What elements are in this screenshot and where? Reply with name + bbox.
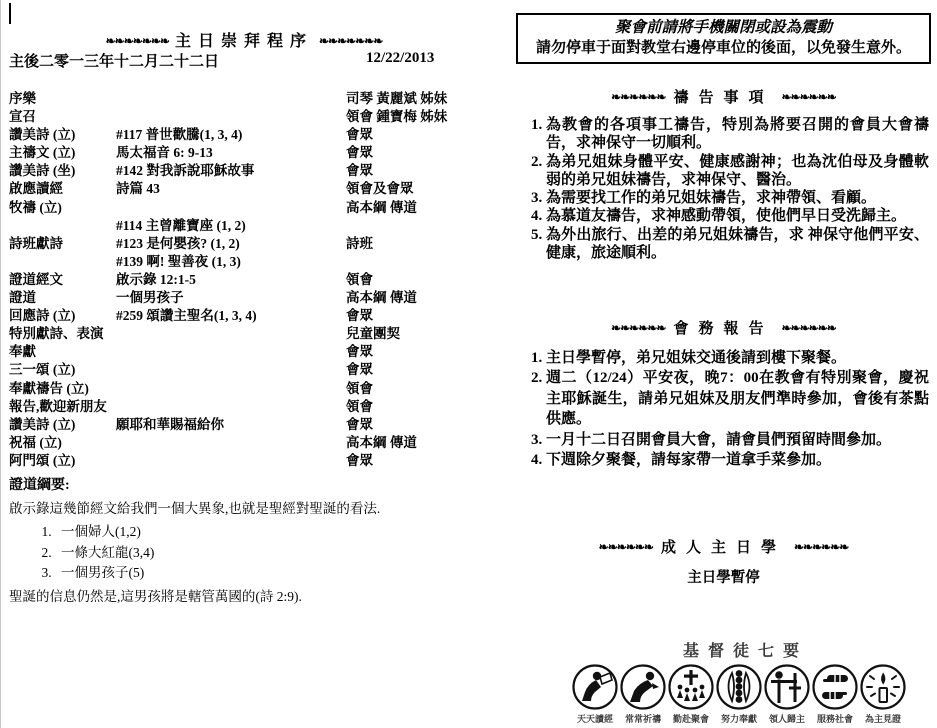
seven-essentials-icons: 天天讀經 常常祈禱 — [571, 663, 911, 725]
program-item: 回應詩 (立) — [9, 307, 116, 325]
program-who: 領會 — [346, 271, 506, 289]
flourish-ornament-right: ❧❧❧❧❧❧❧ — [319, 34, 382, 48]
program-item: 阿門頌 (立) — [9, 452, 116, 470]
program-item: 奉獻 — [9, 343, 116, 361]
program-item: 啟應讀經 — [9, 180, 116, 198]
program-who: 會眾 — [346, 126, 506, 144]
program-item: 宣召 — [9, 108, 116, 126]
program-item: 特別獻詩、表演 — [9, 325, 116, 343]
prayer-heading: 禱告事項 — [673, 90, 773, 106]
program-item: 序樂 — [9, 90, 116, 108]
program-item: 報告,歡迎新朋友 — [9, 398, 116, 416]
program-who: 會眾 — [346, 144, 506, 162]
report-section-header: ❧❧❧❧❧❧會務報告❧❧❧❧❧❧ — [516, 317, 931, 338]
prayer-item: 為教會的各項事工禱告，特別為將要召開的會員大會禱告，求神保守一切順利。 — [546, 116, 929, 153]
page-title: 主日崇拜程序 — [175, 33, 313, 50]
report-item: 一月十二日召開會員大會，請會員們預留時間參加。 — [546, 430, 929, 450]
adult-ss-note: 主日學暫停 — [516, 566, 931, 587]
program-who: 會眾 — [346, 307, 506, 325]
program-item: 讚美詩 (坐) — [9, 162, 116, 180]
program-detail: 願耶和華賜福給你 — [116, 416, 346, 434]
program-detail — [116, 434, 346, 452]
program-detail: 詩篇 43 — [116, 180, 346, 198]
seven-essentials-title: 基督徒七要 — [571, 638, 911, 661]
report-heading: 會務報告 — [673, 321, 773, 337]
program-who: 會眾 — [346, 416, 506, 434]
seven-item-service: 服務社會 — [811, 663, 859, 725]
gathering-icon — [667, 663, 715, 711]
program-item: 讚美詩 (立) — [9, 126, 116, 144]
program-detail: 一個男孩子 — [116, 289, 346, 307]
notice-phone: 聚會前請將手機關閉或設為震動 — [520, 17, 927, 38]
sermon-point: 一個婦人(1,2) — [55, 522, 506, 543]
flourish-ornament-right: ❧❧❧❧❧❧ — [782, 90, 836, 104]
report-item: 下週除夕聚餐，請每家帶一道拿手菜參加。 — [546, 450, 929, 470]
program-item: 詩班獻詩 — [9, 235, 116, 253]
flourish-ornament-right: ❧❧❧❧❧❧ — [782, 321, 836, 335]
seven-item-prayer: 常常祈禱 — [619, 663, 667, 725]
seven-label: 勤赴聚會 — [667, 712, 715, 725]
program-item: 主禱文 (立) — [9, 144, 116, 162]
program-who: 兒童團契 — [346, 325, 506, 343]
flourish-ornament-left: ❧❧❧❧❧❧ — [611, 90, 665, 104]
program-who — [346, 253, 506, 271]
seven-label: 天天讀經 — [571, 712, 619, 725]
sermon-point: 一條大紅龍(3,4) — [55, 543, 506, 564]
program-who: 會眾 — [346, 361, 506, 379]
social-service-icon — [811, 663, 859, 711]
program-detail: 啟示錄 12:1-5 — [116, 271, 346, 289]
program-who: 高本綱 傳道 — [346, 434, 506, 452]
flourish-ornament-left: ❧❧❧❧❧❧❧ — [106, 34, 169, 48]
sermon-outline-points: 一個婦人(1,2)一條大紅龍(3,4)一個男孩子(5) — [55, 522, 506, 584]
seven-item-witness: 為主見證 — [859, 663, 907, 725]
program-detail — [116, 325, 346, 343]
seven-item-gathering: 勤赴聚會 — [667, 663, 715, 725]
program-who: 領會 鍾寶梅 姊妹 — [346, 108, 506, 126]
program-detail: #259 頌讚主聖名(1, 3, 4) — [116, 307, 346, 325]
report-list: 主日學暫停，弟兄姐妹交通後請到樓下聚餐。週二（12/24）平安夜，晚7：00在教… — [516, 348, 929, 470]
seven-label: 努力奉獻 — [715, 712, 763, 725]
program-item: 奉獻禱告 (立) — [9, 380, 116, 398]
program-detail — [116, 199, 346, 217]
program-table: 序樂 司琴 黃麗斌 姊妹 宣召 領會 鍾寶梅 姊妹 讚美詩 (立) #117 普… — [9, 90, 506, 470]
program-who: 領會 — [346, 380, 506, 398]
program-item: 牧禱 (立) — [9, 199, 116, 217]
program-detail: #117 普世歡騰(1, 3, 4) — [116, 126, 346, 144]
sermon-outline-heading: 證道綱要: — [9, 474, 506, 498]
flourish-ornament-left: ❧❧❧❧❧❧ — [611, 321, 665, 335]
sermon-point: 一個男孩子(5) — [55, 563, 506, 584]
program-who: 高本綱 傳道 — [346, 199, 506, 217]
notice-box: 聚會前請將手機關閉或設為震動 請勿停車于面對教堂右邊停車位的後面，以免發生意外。 — [516, 13, 931, 64]
witness-candle-icon — [859, 663, 907, 711]
program-who: 會眾 — [346, 162, 506, 180]
sermon-outline-closing: 聖誕的信息仍然是,這男孩將是轄管萬國的(詩 2:9). — [9, 586, 506, 608]
offering-icon — [715, 663, 763, 711]
prayer-item: 為弟兄姐妹身體平安、健康感謝神；也為沈伯母及身體軟弱的弟兄姐妹禱告，求神保守、醫… — [546, 153, 929, 190]
program-who: 詩班 — [346, 235, 506, 253]
program-item — [9, 217, 116, 235]
program-detail — [116, 108, 346, 126]
sermon-outline-section: 證道綱要: 啟示錄這幾節經文給我們一個大異象,也就是聖經對聖誕的看法. 一個婦人… — [9, 474, 506, 608]
notice-parking: 請勿停車于面對教堂右邊停車位的後面，以免發生意外。 — [520, 38, 927, 59]
program-detail — [116, 90, 346, 108]
program-who: 會眾 — [346, 452, 506, 470]
seven-label: 服務社會 — [811, 712, 859, 725]
seven-item-bible: 天天讀經 — [571, 663, 619, 725]
date-row: 主後二零一三年十二月二十二日 12/22/2013 — [9, 50, 479, 71]
bible-reading-icon — [571, 663, 619, 711]
seven-label: 常常祈禱 — [619, 712, 667, 725]
program-item: 讚美詩 (立) — [9, 416, 116, 434]
program-who: 高本綱 傳道 — [346, 289, 506, 307]
prayer-item: 為需要找工作的弟兄姐妹禱告，求神帶領、看顧。 — [546, 189, 929, 207]
seven-essentials-section: 基督徒七要 天天讀經 — [571, 638, 911, 725]
prayer-item: 為外出旅行、出差的弟兄姐妹禱告，求 神保守他們平安、健康，旅途順利。 — [546, 226, 929, 263]
date-chinese: 主後二零一三年十二月二十二日 — [9, 54, 219, 70]
worship-order-header: ❧❧❧❧❧❧❧主日崇拜程序❧❧❧❧❧❧❧ — [9, 28, 479, 51]
prayer-section-header: ❧❧❧❧❧❧禱告事項❧❧❧❧❧❧ — [516, 86, 931, 107]
adult-sunday-school-header: ❧❧❧❧❧❧成人主日學❧❧❧❧❧❧ — [516, 536, 931, 557]
program-detail — [116, 398, 346, 416]
date-numeric: 12/22/2013 — [366, 50, 434, 67]
program-detail — [116, 380, 346, 398]
program-who: 會眾 — [346, 343, 506, 361]
bulletin-page: ❧❧❧❧❧❧❧主日崇拜程序❧❧❧❧❧❧❧ 主後二零一三年十二月二十二日 12/2… — [0, 0, 937, 728]
program-detail — [116, 361, 346, 379]
program-item: 三一頌 (立) — [9, 361, 116, 379]
program-item: 證道經文 — [9, 271, 116, 289]
program-detail: 馬太福音 6: 9-13 — [116, 144, 346, 162]
program-item: 證道 — [9, 289, 116, 307]
program-who: 司琴 黃麗斌 姊妹 — [346, 90, 506, 108]
program-who: 領會 — [346, 398, 506, 416]
seven-item-evangelism: 領人歸主 — [763, 663, 811, 725]
report-item: 主日學暫停，弟兄姐妹交通後請到樓下聚餐。 — [546, 348, 929, 368]
program-detail: #123 是何嬰孩? (1, 2) — [116, 235, 346, 253]
seven-item-offering: 努力奉獻 — [715, 663, 763, 725]
program-who — [346, 217, 506, 235]
flourish-ornament-right: ❧❧❧❧❧❧ — [794, 540, 848, 554]
text-cursor — [9, 3, 11, 24]
program-detail: #142 對我訴說耶穌故事 — [116, 162, 346, 180]
report-item: 週二（12/24）平安夜，晚7：00在教會有特別聚會，慶祝主耶穌誕生，請弟兄姐妹… — [546, 368, 929, 429]
program-who: 領會及會眾 — [346, 180, 506, 198]
seven-label: 領人歸主 — [763, 712, 811, 725]
seven-label: 為主見證 — [859, 712, 907, 725]
prayer-list: 為教會的各項事工禱告，特別為將要召開的會員大會禱告，求神保守一切順利。為弟兄姐妹… — [516, 116, 929, 262]
flourish-ornament-left: ❧❧❧❧❧❧ — [599, 540, 653, 554]
program-item: 祝福 (立) — [9, 434, 116, 452]
sermon-outline-intro: 啟示錄這幾節經文給我們一個大異象,也就是聖經對聖誕的看法. — [9, 498, 506, 520]
prayer-item: 為慕道友禱告，求神感動帶領，使他們早日受洗歸主。 — [546, 207, 929, 225]
program-detail: #114 主曾離寶座 (1, 2) — [116, 217, 346, 235]
program-detail — [116, 452, 346, 470]
program-detail: #139 啊! 聖善夜 (1, 3) — [116, 253, 346, 271]
evangelism-icon — [763, 663, 811, 711]
prayer-icon — [619, 663, 667, 711]
program-detail — [116, 343, 346, 361]
adult-ss-heading: 成人主日學 — [661, 540, 786, 556]
program-item — [9, 253, 116, 271]
